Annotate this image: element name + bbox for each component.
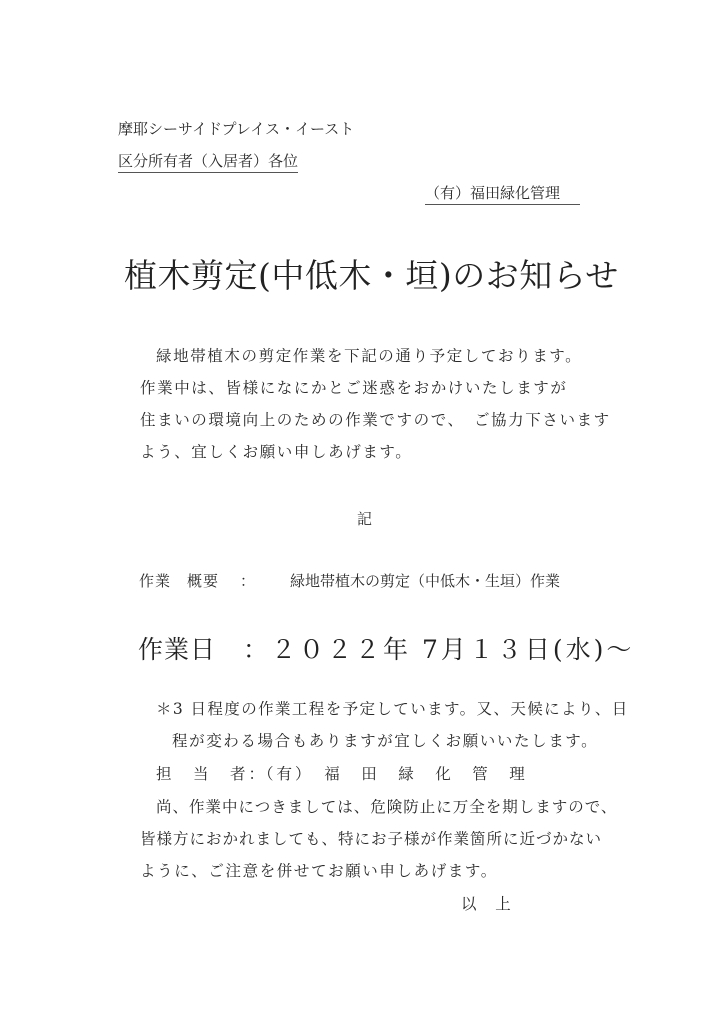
note-line-2: 程が変わる場合もありますが宜しくお願いいたします。 — [172, 729, 598, 751]
date-label: 作業日 — [138, 630, 216, 666]
intro-line-1: 緑地帯植木の剪定作業を下記の通り予定しております。 — [156, 344, 582, 366]
intro-line-3: 住まいの環境向上のための作業ですので、 ご協力下さいます — [140, 408, 611, 430]
sender-company: （有）福田緑化管理 — [425, 182, 580, 205]
ki-heading: 記 — [357, 508, 372, 529]
recipient-owners: 区分所有者（入居者）各位 — [118, 150, 298, 173]
note-line-1: ＊3 日程度の作業工程を予定しています。又、天候により、日 — [156, 697, 629, 719]
overview-colon: ： — [240, 570, 255, 591]
caution-line-1: 尚、作業中につきましては、危険防止に万全を期しますので、 — [156, 795, 617, 817]
closing-mark: 以 上 — [461, 892, 512, 914]
overview-label: 作業 概要 — [139, 570, 219, 591]
caution-line-3: ように、ご注意を併せてお願い申しあげます。 — [140, 859, 498, 881]
date-value: ：２０２２年 7月１３日(水)～ — [243, 630, 634, 666]
overview-value: 緑地帯植木の剪定（中低木・生垣）作業 — [290, 570, 560, 591]
recipient-building: 摩耶シーサイドプレイス・イースト — [118, 118, 354, 139]
notice-title: 植木剪定(中低木・垣)のお知らせ — [124, 250, 619, 297]
intro-line-2: 作業中は、皆様になにかとご迷惑をおかけいたしますが — [140, 376, 568, 398]
contact-value: （有） 福 田 緑 化 管 理 — [258, 762, 528, 784]
contact-label: 担 当 者： — [156, 762, 267, 784]
caution-line-2: 皆様方におかれましても、特にお子様が作業箇所に近づかない — [140, 827, 602, 849]
intro-line-4: よう、宜しくお願い申しあげます。 — [140, 440, 412, 462]
